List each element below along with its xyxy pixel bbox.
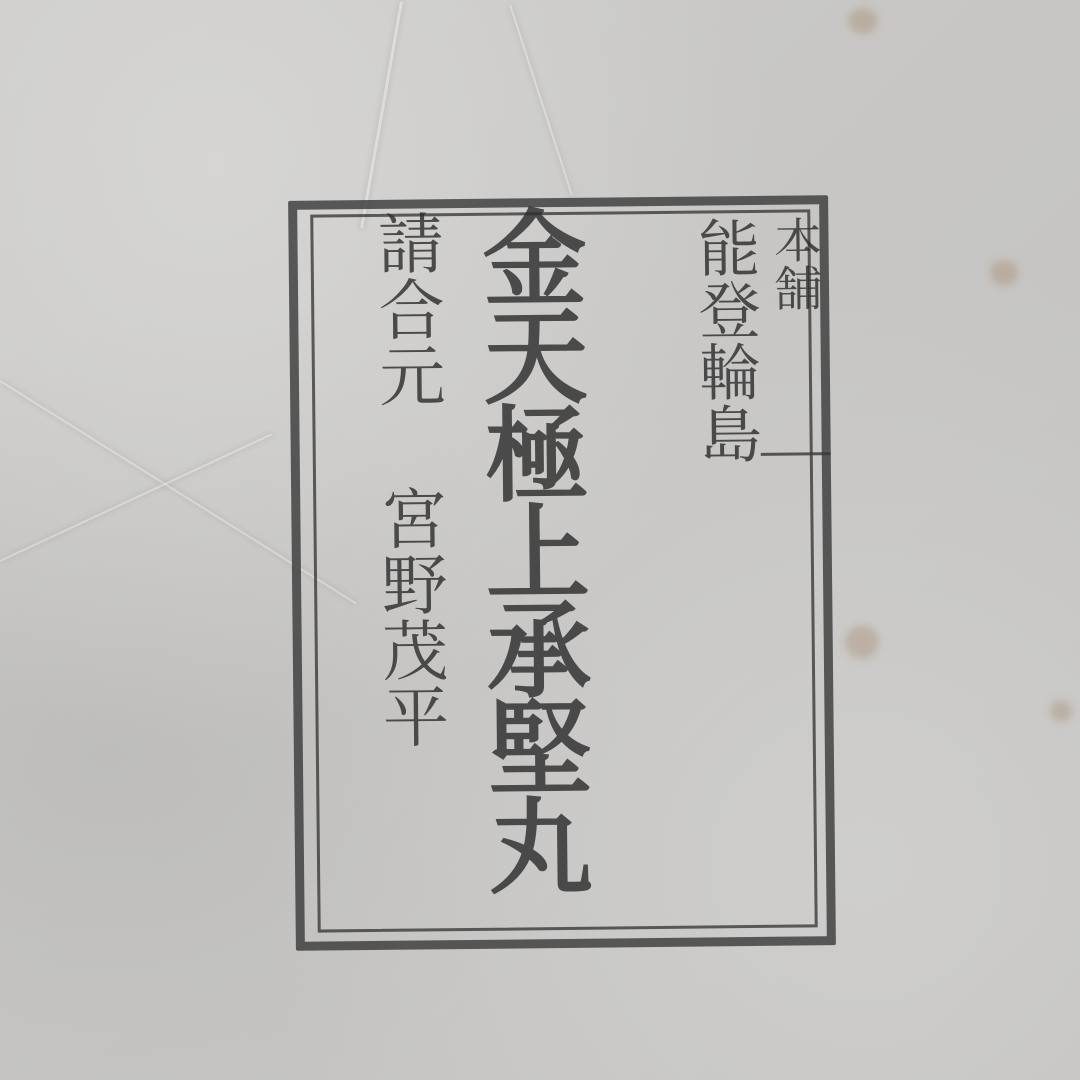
shop-label-box: 本舗 bbox=[758, 215, 831, 456]
stain-spot bbox=[848, 8, 878, 34]
stain-spot bbox=[845, 625, 879, 659]
stain-spot bbox=[990, 260, 1018, 286]
distributor-column: 請合元 宮野茂平 bbox=[368, 209, 446, 749]
distributor-label-text: 請合元 bbox=[366, 209, 445, 408]
product-name-column: 金天極上承堅丸 bbox=[470, 204, 587, 891]
distributor-name-text: 宮野茂平 bbox=[369, 484, 449, 749]
printed-label-stamp: 本舗 能登輪島 金天極上承堅丸 請合元 宮野茂平 bbox=[288, 195, 836, 951]
product-name-text: 金天極上承堅丸 bbox=[464, 204, 594, 891]
stain-spot bbox=[1050, 700, 1072, 722]
origin-column: 本舗 能登輪島 bbox=[688, 215, 831, 464]
origin-place-text: 能登輪島 bbox=[687, 216, 763, 465]
